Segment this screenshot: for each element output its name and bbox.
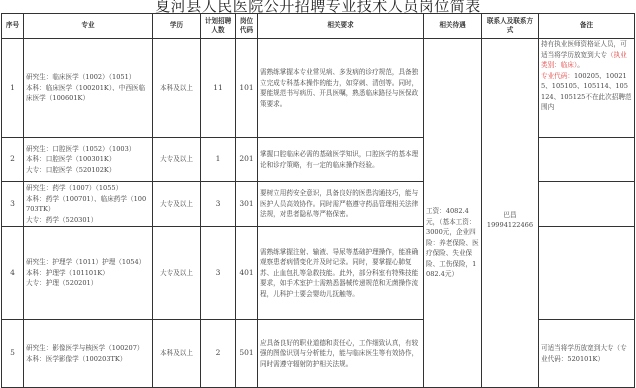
table-row: 5 研究生：影像医学与核医学（100207） 本科：医学影像学（100203TK… [2, 320, 635, 388]
cell-major: 研究生：护理学（1011）护理（1054） 本科：护理学（101101K） 大专… [24, 227, 153, 320]
header-row: 序号 专业 学历 计划招聘人数 岗位代码 相关要求 相关待遇 联系人及联系方式 … [2, 14, 635, 39]
cell-requirements: 掌握口腔临床必需的基础医学知识，口腔医学的基本理论和诊疗策略，有一定的临床操作经… [258, 138, 424, 182]
cell-major: 研究生：临床医学（1002）（1051） 本科：临床医学（100201K）、中西… [24, 39, 153, 138]
cell-post-code: 501 [236, 320, 258, 388]
benefits-text: 工资：4082.4元，（基本工资：3000元，企业四险：养老保险、医疗保险、失业… [426, 206, 479, 280]
cell-education: 本科及以上 [153, 39, 201, 138]
cell-remarks: 持有执业医师资格证人员，可适当将学历放宽到大专（执业类别：临床）。专业代码：10… [539, 39, 635, 138]
table-row: 3 研究生：药学（1007）（1055） 本科：药学（100701）、临床药学（… [2, 182, 635, 227]
cell-remarks [539, 138, 635, 182]
cell-plan-count: 3 [201, 227, 236, 320]
cell-remarks [539, 227, 635, 320]
remarks-text: 。 [577, 61, 584, 69]
header-major: 专业 [24, 14, 153, 39]
cell-seq: 1 [2, 39, 24, 138]
cell-benefits: 工资：4082.4元，（基本工资：3000元，企业四险：养老保险、医疗保险、失业… [424, 39, 482, 388]
recruitment-table: 序号 专业 学历 计划招聘人数 岗位代码 相关要求 相关待遇 联系人及联系方式 … [1, 13, 635, 388]
cell-education: 大专及以上 [153, 182, 201, 227]
table-row: 4 研究生：护理学（1011）护理（1054） 本科：护理学（101101K） … [2, 227, 635, 320]
cell-plan-count: 3 [201, 182, 236, 227]
cell-major: 研究生：口腔医学（1052）（1003） 本科：口腔医学（100301K） 大专… [24, 138, 153, 182]
table-row: 2 研究生：口腔医学（1052）（1003） 本科：口腔医学（100301K） … [2, 138, 635, 182]
cell-requirements: 应具备良好的职业道德和责任心，工作细致认真，有较强的图像识别与分析能力，能与临床… [258, 320, 424, 388]
header-benefits: 相关待遇 [424, 14, 482, 39]
cell-requirements: 需熟练掌握本专业常见病、多发病的诊疗规范，具备独立完成专科基本操作的能力，如穿刺… [258, 39, 424, 138]
cell-seq: 4 [2, 227, 24, 320]
table-row: 1 研究生：临床医学（1002）（1051） 本科：临床医学（100201K）、… [2, 39, 635, 138]
cell-plan-count: 2 [201, 320, 236, 388]
cell-post-code: 201 [236, 138, 258, 182]
cell-post-code: 101 [236, 39, 258, 138]
header-remarks: 备注 [539, 14, 635, 39]
cell-seq: 5 [2, 320, 24, 388]
contact-phone: 19994122466 [484, 220, 536, 231]
cell-seq: 3 [2, 182, 24, 227]
cell-remarks: 可适当将学历放宽到大专（专业代码：520101K） [539, 320, 635, 388]
cell-education: 本科及以上 [153, 320, 201, 388]
cell-plan-count: 11 [201, 39, 236, 138]
cell-requirements: 需熟练掌握注射、输液、导尿等基础护理操作，能准确观察患者病情变化并及时记录。同时… [258, 227, 424, 320]
header-contact: 联系人及联系方式 [482, 14, 539, 39]
page-title: 夏河县人民医院公开招聘专业技术人员岗位简表 [0, 0, 636, 13]
remarks-highlight: 专业代码： [541, 72, 574, 80]
cell-post-code: 401 [236, 227, 258, 320]
contact-name: 巴昌 [484, 210, 536, 221]
cell-post-code: 301 [236, 182, 258, 227]
cell-requirements: 要树立用药安全意识，具备良好的医患沟通技巧，能与医护人员高效协作。同时需严格遵守… [258, 182, 424, 227]
cell-education: 大专及以上 [153, 138, 201, 182]
cell-education: 大专及以上 [153, 227, 201, 320]
cell-seq: 2 [2, 138, 24, 182]
header-requirements: 相关要求 [258, 14, 424, 39]
cell-major: 研究生：药学（1007）（1055） 本科：药学（100701）、临床药学（10… [24, 182, 153, 227]
cell-contact: 巴昌 19994122466 [482, 39, 539, 388]
header-post-code: 岗位代码 [236, 14, 258, 39]
cell-major: 研究生：影像医学与核医学（100207） 本科：医学影像学（100203TK） [24, 320, 153, 388]
header-education: 学历 [153, 14, 201, 39]
header-seq: 序号 [2, 14, 24, 39]
cell-plan-count: 1 [201, 138, 236, 182]
header-plan-count: 计划招聘人数 [201, 14, 236, 39]
cell-remarks [539, 182, 635, 227]
